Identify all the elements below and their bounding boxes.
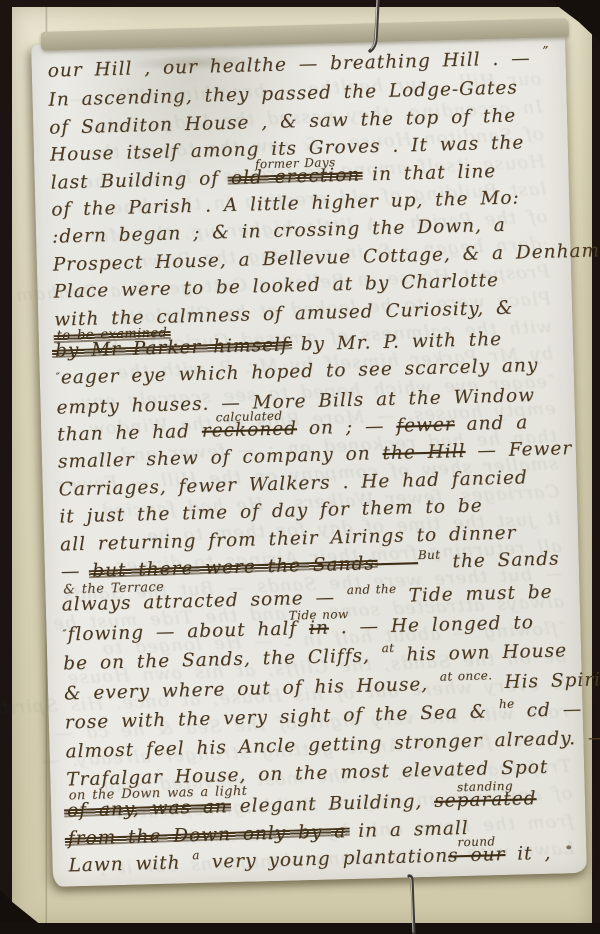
handwritten-text: it just the time of day for them to be <box>59 496 483 528</box>
handwritten-text: the Sands <box>440 549 560 573</box>
handwritten-text: be on the Sands, the Cliffs, <box>63 645 382 674</box>
interlinear-insertion: round <box>457 831 496 853</box>
handwritten-text: and a <box>454 412 528 435</box>
deleted-text: from the Down only by a <box>68 821 347 849</box>
inserted-text: he <box>499 697 515 711</box>
handwritten-text: in that line <box>360 161 496 186</box>
photograph-of-manuscript: { "document": { "ink_color": "#4a3820", … <box>0 0 600 934</box>
handwritten-text: elegant Building, <box>228 791 435 817</box>
deleted-text: — <box>375 552 419 574</box>
handwritten-text: on ; — <box>297 416 397 440</box>
inserted-text: ” <box>542 44 549 58</box>
handwritten-text: flowing — about half <box>67 618 309 645</box>
handwritten-text: eager eye which hoped to see scarcely an… <box>61 355 539 388</box>
inserted-text: and the <box>347 582 397 597</box>
handwritten-text: all returning from their Airings to dinn… <box>60 522 517 555</box>
handwritten-text: cd — <box>514 699 582 722</box>
deleted-text: fewer <box>396 414 455 437</box>
handwritten-text: rose with the very sight of the Sea & <box>65 701 500 733</box>
handwritten-text: in a small <box>346 817 469 841</box>
inserted-text: But <box>418 548 441 563</box>
deleted-text: of any, was an <box>67 796 228 821</box>
handwritten-text: than he had <box>57 421 202 446</box>
handwritten-text: very young plantation <box>200 845 449 872</box>
handwritten-text: . — He longed to <box>329 612 535 638</box>
binding-bottom-edge <box>0 923 600 934</box>
handwritten-text: our Hill , our healthe — breathing Hill … <box>47 48 542 82</box>
deleted-text: reckonedcalculated <box>202 418 298 441</box>
handwritten-text: :dern began ; & in crossing the Down, a <box>52 215 506 248</box>
interlinear-insertion: calculated <box>215 406 282 429</box>
handwritten-text: his own House <box>394 641 567 667</box>
deleted-text: separatedstanding <box>434 788 537 812</box>
handwritten-text: — Fewer <box>465 439 572 463</box>
handwritten-text: Place were to be looked at by Charlotte <box>53 270 499 303</box>
deleted-text: old erectionformer Days <box>231 164 361 188</box>
inserted-text: a <box>192 848 200 862</box>
interlinear-insertion: standing <box>457 776 514 798</box>
handwritten-text: by Mr. P. with the <box>289 329 503 356</box>
inserted-text: at <box>381 641 394 655</box>
deleted-text: s ourround <box>448 844 506 866</box>
deleted-text: the Hill <box>382 441 466 464</box>
manuscript-lines: our Hill , our healthe — breathing Hill … <box>31 31 587 887</box>
deleted-text: inTide now <box>309 617 329 639</box>
handwritten-text: & every where out of his House, <box>64 673 440 704</box>
handwritten-text: last Building of <box>50 168 231 194</box>
handwritten-text: smaller shew of company on <box>58 444 383 473</box>
handwritten-text: Lawn with <box>68 852 192 876</box>
handwritten-text: His Spirits <box>492 669 600 693</box>
handwritten-text: Tide must be <box>396 582 552 607</box>
handwritten-text: — <box>61 561 93 583</box>
manuscript-sheet: our Hill , our healthe — breathing Hill … <box>31 31 587 887</box>
interlinear-insertion: former Days <box>255 152 336 175</box>
inserted-text: at once. <box>440 668 493 683</box>
manuscript-line: Lawn with a very young plantations ourro… <box>68 842 574 878</box>
handwritten-text: it , <box>505 843 552 865</box>
